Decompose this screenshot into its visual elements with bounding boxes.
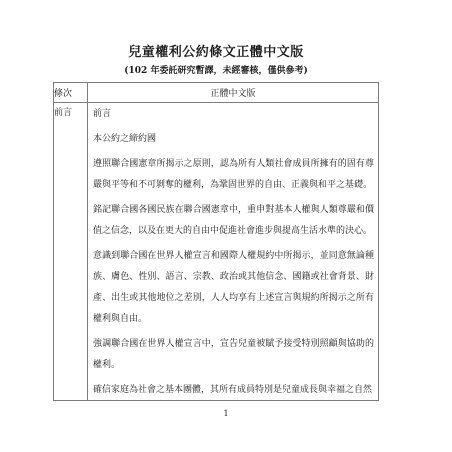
paragraph-un-charter-faith: 銘記聯合國各國民族在聯合國憲章中，重申對基本人權與人類尊嚴和價值之信念，以及在更… bbox=[93, 200, 374, 242]
page-number: 1 bbox=[0, 409, 452, 418]
page-title: 兒童權利公約條文正體中文版 bbox=[53, 41, 379, 60]
paragraph-preamble-heading: 前言 bbox=[93, 104, 374, 125]
convention-table: 條次 正體中文版 前言 前言 本公約之締約國 遵照聯合國憲章所揭示之原則，認為所… bbox=[53, 82, 379, 401]
article-number-cell: 前言 bbox=[54, 103, 88, 401]
paragraph-states-parties: 本公約之締約國 bbox=[93, 129, 374, 150]
article-text-content: 前言 本公約之締約國 遵照聯合國憲章所揭示之原則，認為所有人類社會成員所擁有的固… bbox=[88, 103, 378, 400]
column-header-traditional-chinese: 正體中文版 bbox=[88, 83, 379, 103]
paragraph-un-charter-principles: 遵照聯合國憲章所揭示之原則，認為所有人類社會成員所擁有的固有尊嚴與平等和不可剝奪… bbox=[93, 154, 374, 196]
page-subtitle: (102 年委託研究暫譯，未經審核，僅供參考) bbox=[53, 63, 379, 76]
paragraph-family-group: 確信家庭為社會之基本團體，其所有成員特別是兒童成長與幸福之自然 bbox=[93, 380, 374, 400]
table-row: 前言 前言 本公約之締約國 遵照聯合國憲章所揭示之原則，認為所有人類社會成員所擁… bbox=[54, 103, 379, 401]
table-header-row: 條次 正體中文版 bbox=[54, 83, 379, 103]
document-page: 兒童權利公約條文正體中文版 (102 年委託研究暫譯，未經審核，僅供參考) 條次… bbox=[0, 0, 452, 452]
column-header-article-number: 條次 bbox=[54, 83, 88, 103]
article-text-cell: 前言 本公約之締約國 遵照聯合國憲章所揭示之原則，認為所有人類社會成員所擁有的固… bbox=[88, 103, 379, 401]
paragraph-universal-declaration: 意識到聯合國在世界人權宣言和國際人權規約中所揭示，並同意無論種族、膚色、性別、語… bbox=[93, 246, 374, 330]
paragraph-special-care: 強調聯合國在世界人權宣言中，宣告兒童被賦予接受特別照顧與協助的權利。 bbox=[93, 334, 374, 376]
